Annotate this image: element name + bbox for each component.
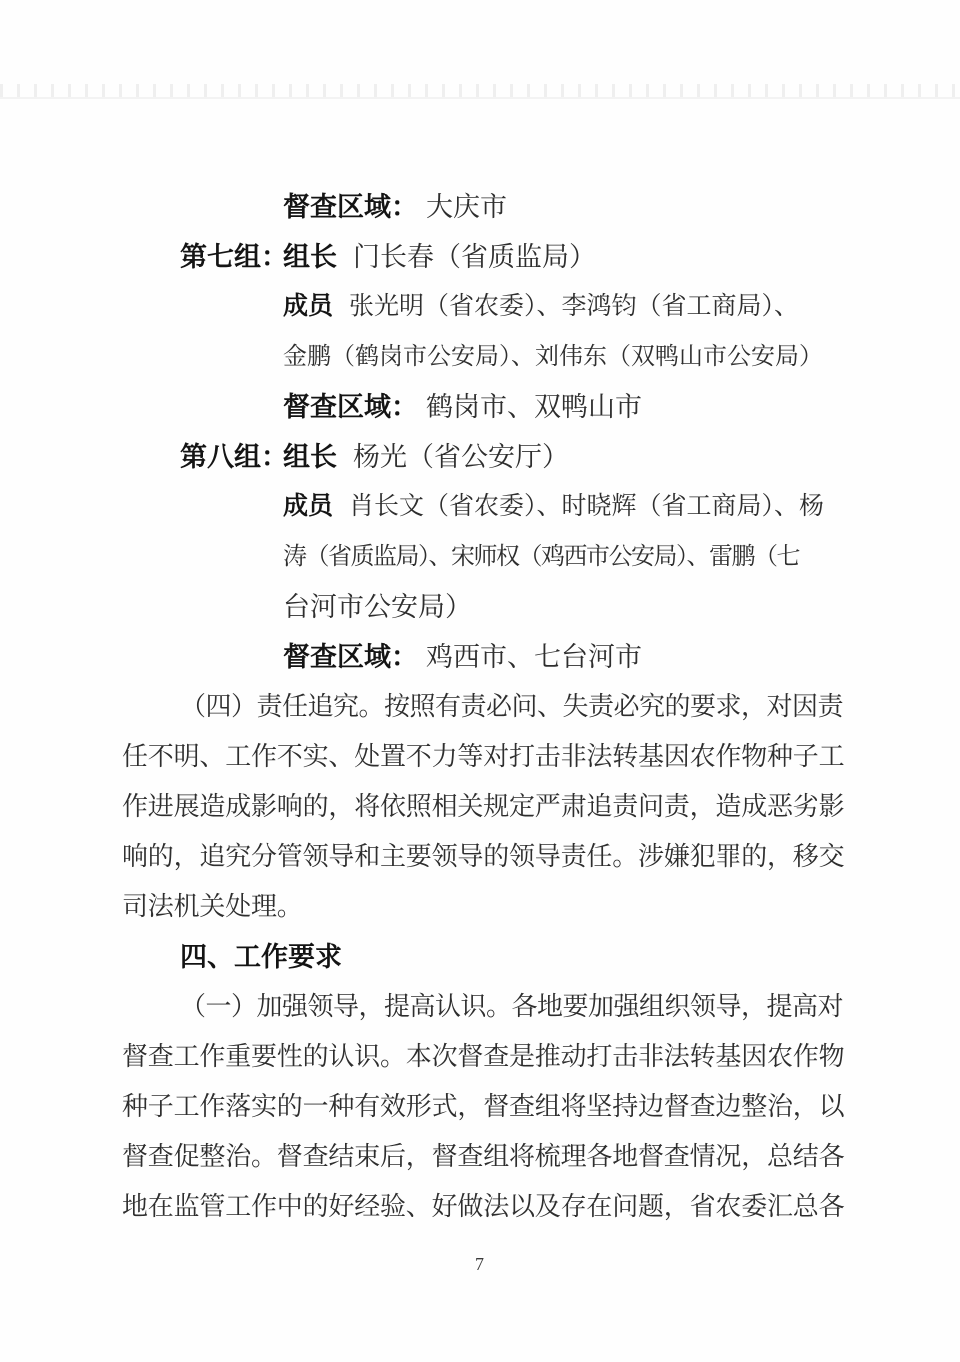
members-label: 成员 [283,493,333,520]
paragraph-line: 督查促整治。督查结束后，督查组将梳理各地督查情况，总结各 [122,1132,845,1182]
paragraph-line: 司法机关处理。 [122,882,845,932]
members-text: 金鹏（鹤岗市公安局）、刘伟东（双鸭山市公安局） [283,344,823,370]
paragraph-line: 响的，追究分管领导和主要领导的领导责任。涉嫌犯罪的，移交 [122,832,845,882]
members-row: 成员肖长文（省农委）、时晓辉（省工商局）、杨 [283,482,960,532]
group-name: 第八组： [180,432,283,482]
page-number: 7 [0,1254,960,1275]
group-header-row: 第八组：组长杨光（省公安厅） [180,432,960,482]
members-text: 张光明（省农委）、李鸿钧（省工商局）、 [349,293,799,320]
members-continuation-row: 台河市公安局） [283,582,960,632]
region-row: 督查区域：大庆市 [283,182,960,232]
paragraph-line: 督查工作重要性的认识。本次督查是推动打击非法转基因农作物 [122,1032,845,1082]
region-label: 督查区域： [283,642,418,672]
paragraph-text: 督查促整治。督查结束后，督查组将梳理各地督查情况，总结各 [122,1142,844,1171]
paragraph-text: 司法机关处理。 [122,892,303,921]
region-value: 大庆市 [426,192,507,222]
paragraph-line: 作进展造成影响的，将依照相关规定严肃追责问责，造成恶劣影 [122,782,845,832]
paragraph-line: 任不明、工作不实、处置不力等对打击非法转基因农作物种子工 [122,732,845,782]
paragraph-line: 地在监管工作中的好经验、好做法以及存在问题，省农委汇总各 [122,1182,845,1232]
paragraph-text: 种子工作落实的一种有效形式，督查组将坚持边督查边整治，以 [122,1092,844,1121]
members-text: 台河市公安局） [283,592,472,622]
members-continuation-row: 金鹏（鹤岗市公安局）、刘伟东（双鸭山市公安局） [283,332,960,382]
leader-name: 杨光（省公安厅） [353,442,569,472]
document-body: 督查区域：大庆市 第七组：组长门长春（省质监局） 成员张光明（省农委）、李鸿钧（… [0,182,960,1232]
section-heading: 四、工作要求 [180,932,960,982]
region-row: 督查区域：鹤岗市、双鸭山市 [283,382,960,432]
document-page: 督查区域：大庆市 第七组：组长门长春（省质监局） 成员张光明（省农委）、李鸿钧（… [0,0,960,1362]
paragraph-text: 地在监管工作中的好经验、好做法以及存在问题，省农委汇总各 [122,1192,844,1221]
region-value: 鸡西市、七台河市 [426,642,642,672]
leader-label: 组长 [283,242,337,272]
leader-label: 组长 [283,442,337,472]
group-header-row: 第七组：组长门长春（省质监局） [180,232,960,282]
paragraph-text: 响的，追究分管领导和主要领导的领导责任。涉嫌犯罪的，移交 [122,842,844,871]
paragraph-line: （四）责任追究。按照有责必问、失责必究的要求，对因责 [180,682,845,732]
paragraph-text: 作进展造成影响的，将依照相关规定严肃追责问责，造成恶劣影 [122,792,844,821]
group-name: 第七组： [180,232,283,282]
members-continuation-row: 涛（省质监局）、宋师权（鸡西市公安局）、雷鹏（七 [283,532,960,582]
members-label: 成员 [283,293,333,320]
leader-name: 门长春（省质监局） [353,242,596,272]
members-text: 肖长文（省农委）、时晓辉（省工商局）、杨 [349,493,824,520]
region-label: 督查区域： [283,392,418,422]
section-heading-text: 四、工作要求 [180,942,342,972]
region-label: 督查区域： [283,192,418,222]
paragraph-text: 督查工作重要性的认识。本次督查是推动打击非法转基因农作物 [122,1042,844,1071]
region-row: 督查区域：鸡西市、七台河市 [283,632,960,682]
members-row: 成员张光明（省农委）、李鸿钧（省工商局）、 [283,282,960,332]
members-text: 涛（省质监局）、宋师权（鸡西市公安局）、雷鹏（七 [283,544,799,570]
paragraph-line: 种子工作落实的一种有效形式，督查组将坚持边督查边整治，以 [122,1082,845,1132]
paragraph-text: （一）加强领导，提高认识。各地要加强组织领导，提高对 [180,992,843,1021]
paragraph-text: 任不明、工作不实、处置不力等对打击非法转基因农作物种子工 [122,742,844,771]
scan-artifact-band [0,84,960,99]
paragraph-line: （一）加强领导，提高认识。各地要加强组织领导，提高对 [180,982,845,1032]
paragraph-text: （四）责任追究。按照有责必问、失责必究的要求，对因责 [180,692,843,721]
region-value: 鹤岗市、双鸭山市 [426,392,642,422]
